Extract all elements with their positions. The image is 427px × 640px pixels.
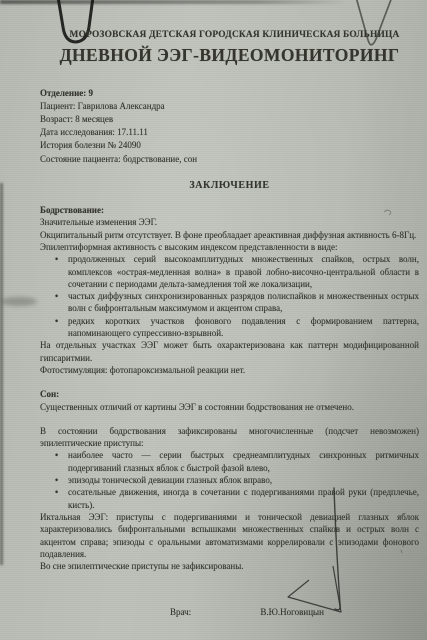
info-row-patient-state: Состояние пациента: бодрствование, сон bbox=[40, 153, 419, 166]
spacer bbox=[40, 413, 419, 425]
seizures-bullet-3: сосательные движения, иногда в сочетании… bbox=[68, 486, 419, 511]
wake-paragraph-2: Окципитальный ритм отсутствует. В фоне п… bbox=[40, 229, 419, 241]
info-row-department: Отделение: 9 bbox=[40, 87, 419, 100]
wake-bullet-list: продолженных серий высокоамплитудных мно… bbox=[40, 253, 419, 339]
hospital-name: МОРОЗОВСКАЯ ДЕТСКАЯ ГОРОДСКАЯ КЛИНИЧЕСКА… bbox=[50, 29, 419, 41]
document-body: МОРОЗОВСКАЯ ДЕТСКАЯ ГОРОДСКАЯ КЛИНИЧЕСКА… bbox=[0, 0, 427, 619]
wake-bullet-1: продолженных серий высокоамплитудных мно… bbox=[68, 253, 419, 290]
seizures-bullet-list: наиболее часто — серии быстрых среднеамп… bbox=[40, 449, 419, 510]
info-row-patient: Пациент: Гаврилова Александра bbox=[40, 100, 419, 113]
seizures-paragraph-1: В состоянии бодрствования зафиксированы … bbox=[40, 425, 419, 450]
info-row-age: Возраст: 8 месяцев bbox=[40, 113, 419, 126]
sleep-section-heading: Сон: bbox=[40, 388, 419, 400]
wake-paragraph-1: Значительные изменения ЭЭГ. bbox=[40, 216, 419, 228]
info-row-case-number: История болезни № 24090 bbox=[40, 139, 419, 152]
seizures-paragraph-2: Иктальная ЭЭГ: приступы с подергиваниями… bbox=[40, 511, 419, 560]
signature-row: Врач: В.Ю.Ноговицын bbox=[40, 606, 419, 618]
conclusion-heading: ЗАКЛЮЧЕНИЕ bbox=[40, 180, 419, 192]
doctor-name: В.Ю.Ноговицын bbox=[260, 607, 323, 617]
scanned-document: МОРОЗОВСКАЯ ДЕТСКАЯ ГОРОДСКАЯ КЛИНИЧЕСКА… bbox=[0, 0, 427, 640]
wake-bullet-2: частых диффузных синхронизированных разр… bbox=[68, 290, 419, 315]
wake-paragraph-5: Фотостимуляция: фотопароксизмальной реак… bbox=[40, 364, 419, 376]
patient-info: Отделение: 9 Пациент: Гаврилова Александ… bbox=[40, 87, 419, 166]
wake-paragraph-3: Эпилептиформная активность с высоким инд… bbox=[40, 241, 419, 253]
seizures-bullet-2: эпизоды тонической девиации глазных ябло… bbox=[68, 474, 419, 486]
sleep-paragraph-1: Существенных отличий от картины ЭЭГ в со… bbox=[40, 401, 419, 413]
spacer bbox=[40, 376, 419, 388]
doctor-label: Врач: bbox=[170, 607, 191, 617]
seizures-bullet-1: наиболее часто — серии быстрых среднеамп… bbox=[68, 449, 419, 474]
wake-bullet-3: редких коротких участков фонового подавл… bbox=[68, 315, 419, 340]
info-row-study-date: Дата исследования: 17.11.11 bbox=[40, 126, 419, 139]
wake-paragraph-4: На отдельных участках ЭЭГ может быть оха… bbox=[40, 339, 419, 364]
wake-section-heading: Бодрствование: bbox=[40, 204, 419, 216]
seizures-paragraph-3: Во сне эпилептические приступы не зафикс… bbox=[40, 560, 419, 572]
document-title: ДНЕВНОЙ ЭЭГ-ВИДЕОМОНИТОРИНГ bbox=[40, 49, 419, 61]
